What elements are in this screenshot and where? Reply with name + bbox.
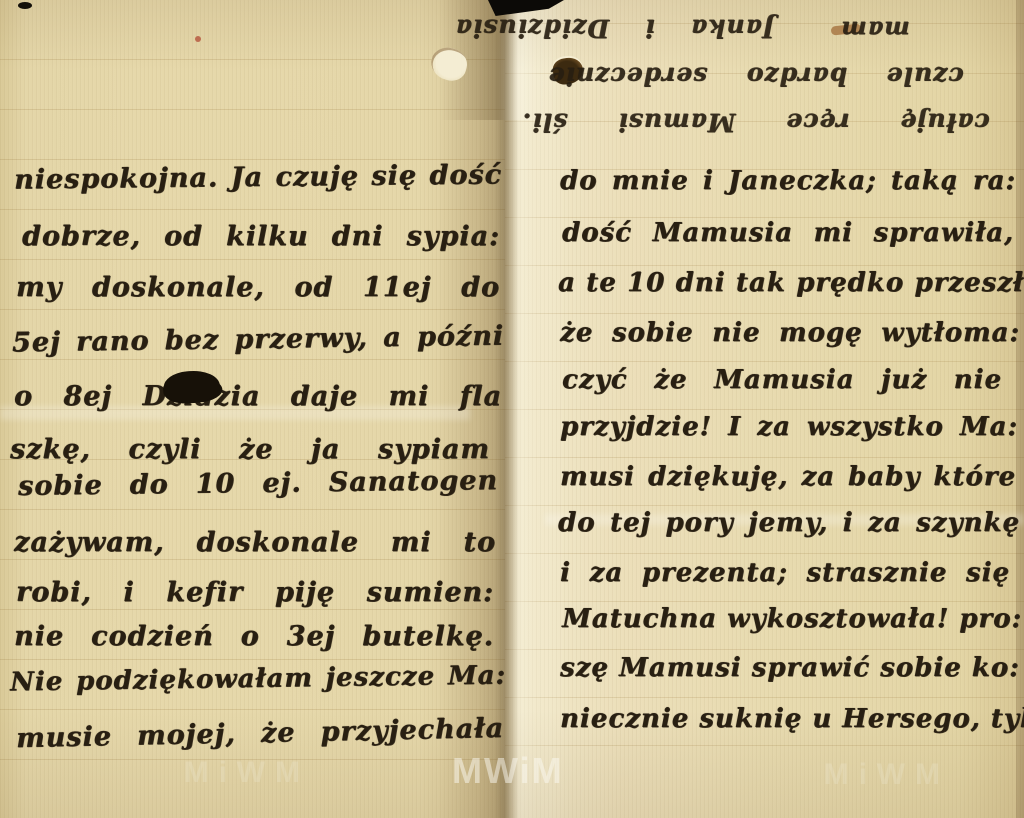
- handwriting-line: 5ej rano bez przerwy, a późni: [12, 321, 504, 359]
- flipped-handwriting-line: czule bardzo serdecznie: [548, 62, 964, 91]
- watermark-ghost: MWiM: [640, 758, 940, 792]
- handwriting-line: Nie podziękowałam jeszcze Ma:: [10, 661, 506, 698]
- handwriting-line: dość Mamusia mi sprawiła,: [562, 218, 1014, 248]
- watermark-ghost: MWiM: [40, 756, 300, 790]
- handwriting-line: robi, i kefir piję sumien:: [16, 577, 494, 608]
- handwriting-line: do mnie i Janeczka; taką ra:: [560, 166, 1016, 196]
- handwriting-line: musie mojej, że przyjechała: [16, 713, 505, 754]
- handwriting-line: przyjdzie! I za wszystko Ma:: [560, 412, 1018, 442]
- red-ink-dot: [195, 36, 201, 42]
- paper-speck: [18, 2, 32, 9]
- handwriting-line: niecznie suknię u Hersego, tyl: [560, 704, 1022, 734]
- handwriting-line: szę Mamusi sprawić sobie ko:: [560, 653, 1018, 683]
- handwriting-line: dobrze, od kilku dni sypia:: [22, 221, 500, 252]
- watermark: MWiM: [452, 750, 564, 792]
- handwriting-line: czyć że Mamusia już nie: [562, 365, 1002, 395]
- handwriting-line: że sobie nie mogę wytłoma:: [560, 318, 1020, 348]
- handwriting-line: zażywam, doskonale mi to: [14, 527, 496, 558]
- handwriting-line: szkę, czyli że ja sypiam: [10, 434, 490, 465]
- flipped-handwriting-line: całuję ręce Mamusi śli.: [522, 108, 990, 137]
- page-edge-shadow: [1016, 0, 1024, 818]
- flipped-handwriting-line: mam: [848, 16, 910, 45]
- handwriting-line: nie codzień o 3ej butelkę.: [14, 621, 494, 652]
- letter-scan: Janka i Dzidziusia mam czule bardzo serd…: [0, 0, 1024, 818]
- handwriting-line: i za prezenta; strasznie się: [560, 558, 1010, 588]
- handwriting-line: musi dziękuję, za baby które: [560, 462, 1016, 492]
- handwriting-line: do tej pory jemy, i za szynkę: [558, 508, 1020, 538]
- handwriting-line: niespokojna. Ja czuję się dość: [14, 159, 502, 195]
- handwriting-line: a te 10 dni tak prędko przeszł: [558, 268, 1024, 298]
- handwriting-line: sobie do 10 ej. Sanatogen: [18, 465, 498, 502]
- paper-scrape-spot: [427, 44, 470, 84]
- handwriting-line: Matuchna wykosztowała! pro:: [562, 604, 1020, 634]
- handwriting-line: o 8ej Dzidzia daje mi fla: [14, 381, 502, 412]
- flipped-handwriting-line: Janka i Dzidziusia: [455, 14, 775, 43]
- handwriting-line: my doskonale, od 11ej do: [16, 272, 500, 303]
